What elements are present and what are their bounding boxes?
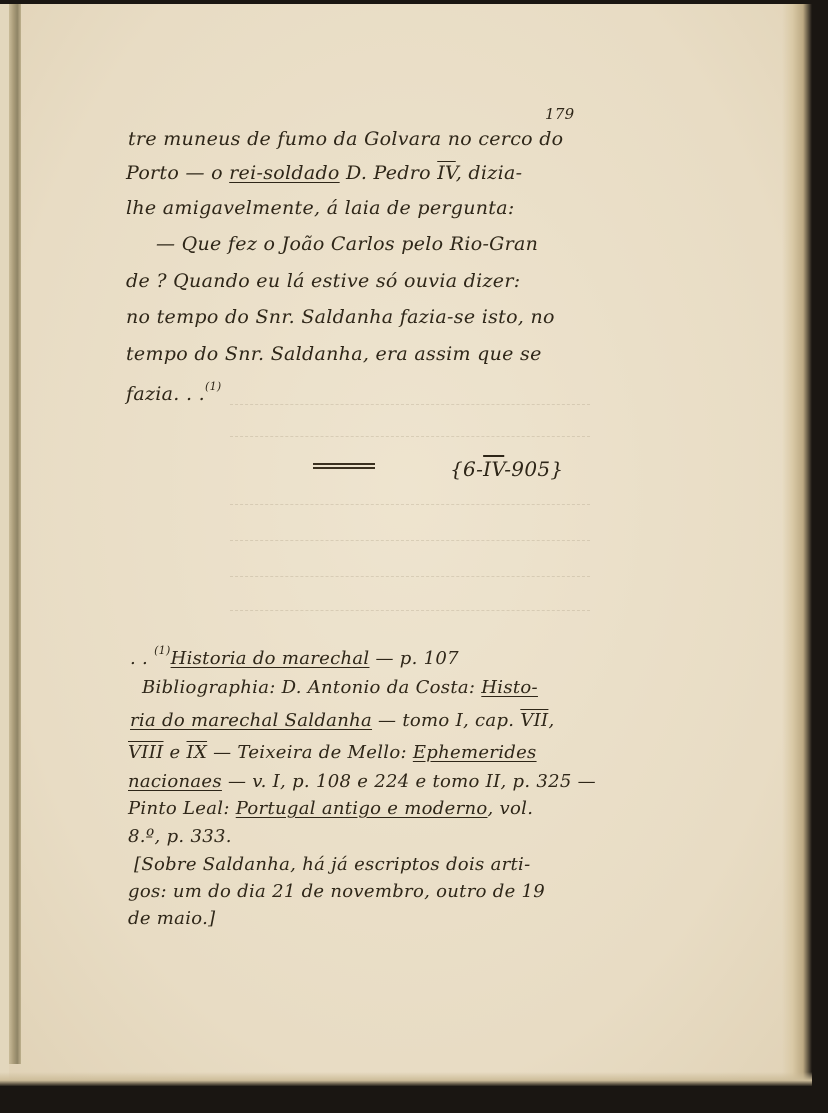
page-edge-right xyxy=(782,4,812,1086)
binding-strip xyxy=(9,4,21,1064)
date-year: 905 xyxy=(511,457,550,481)
text-d-pedro: D. Pedro xyxy=(340,162,438,184)
text-dizia: , dizia- xyxy=(456,162,523,184)
bleed-through-line xyxy=(230,404,590,406)
page-number: 179 xyxy=(545,105,575,123)
date-stamp: {6-IV-905} xyxy=(450,457,563,481)
double-rule-separator xyxy=(313,463,375,469)
brace-close: } xyxy=(550,457,563,481)
date-month: IV xyxy=(483,457,504,481)
body-line-6: no tempo do Snr. Saldanha fazia-se isto,… xyxy=(126,306,555,328)
binding-margin xyxy=(0,4,9,1084)
footnote-line-4: VIII e IX — Teixeira de Mello: Ephemerid… xyxy=(128,742,537,763)
bleed-through-line xyxy=(230,576,590,578)
underlined-rei-soldado: rei-soldado xyxy=(229,162,339,184)
body-line-8: fazia. . .(1) xyxy=(126,380,221,405)
page-edge-bottom xyxy=(0,1072,812,1086)
footnote-line-1: . . (1)Historia do marechal — p. 107 xyxy=(130,644,459,669)
bleed-through-line xyxy=(230,504,590,506)
footnote-line-2: Bibliographia: D. Antonio da Costa: Hist… xyxy=(142,677,538,698)
manuscript-page: 179 tre muneus de fumo da Golvara no cer… xyxy=(0,4,812,1086)
footnote-title: Historia do marechal xyxy=(171,648,370,669)
body-line-2: Porto — o rei-soldado D. Pedro IV, dizia… xyxy=(126,162,522,184)
date-day: 6 xyxy=(463,457,476,481)
footnote-line-5: nacionaes — v. I, p. 108 e 224 e tomo II… xyxy=(128,771,596,792)
footnote-line-9: gos: um do dia 21 de novembro, outro de … xyxy=(128,881,545,902)
body-line-1: tre muneus de fumo da Golvara no cerco d… xyxy=(128,128,563,150)
brace-open: { xyxy=(450,457,463,481)
body-line-3: lhe amigavelmente, á laia de pergunta: xyxy=(126,197,515,219)
bleed-through-line xyxy=(230,540,590,542)
text-fazia: fazia. . . xyxy=(126,383,205,405)
footnote-marker: (1) xyxy=(154,644,170,657)
footnote-line-3: ria do marechal Saldanha — tomo I, cap. … xyxy=(130,710,554,731)
body-line-7: tempo do Snr. Saldanha, era assim que se xyxy=(126,343,542,365)
text-porto: Porto — o xyxy=(126,162,229,184)
footnote-line-8: [Sobre Saldanha, há já escriptos dois ar… xyxy=(134,854,530,875)
body-line-5: de ? Quando eu lá estive só ouvia dizer: xyxy=(126,270,520,292)
body-line-4: — Que fez o João Carlos pelo Rio-Gran xyxy=(156,233,538,255)
footnote-line-7: 8.º, p. 333. xyxy=(128,826,232,847)
overlined-iv: IV xyxy=(437,162,456,184)
footnote-ref: (1) xyxy=(205,380,221,393)
footnote-line-10: de maio.] xyxy=(128,908,215,929)
bleed-through-line xyxy=(230,610,590,612)
footnote-line-6: Pinto Leal: Portugal antigo e moderno, v… xyxy=(128,798,533,819)
bleed-through-line xyxy=(230,436,590,438)
